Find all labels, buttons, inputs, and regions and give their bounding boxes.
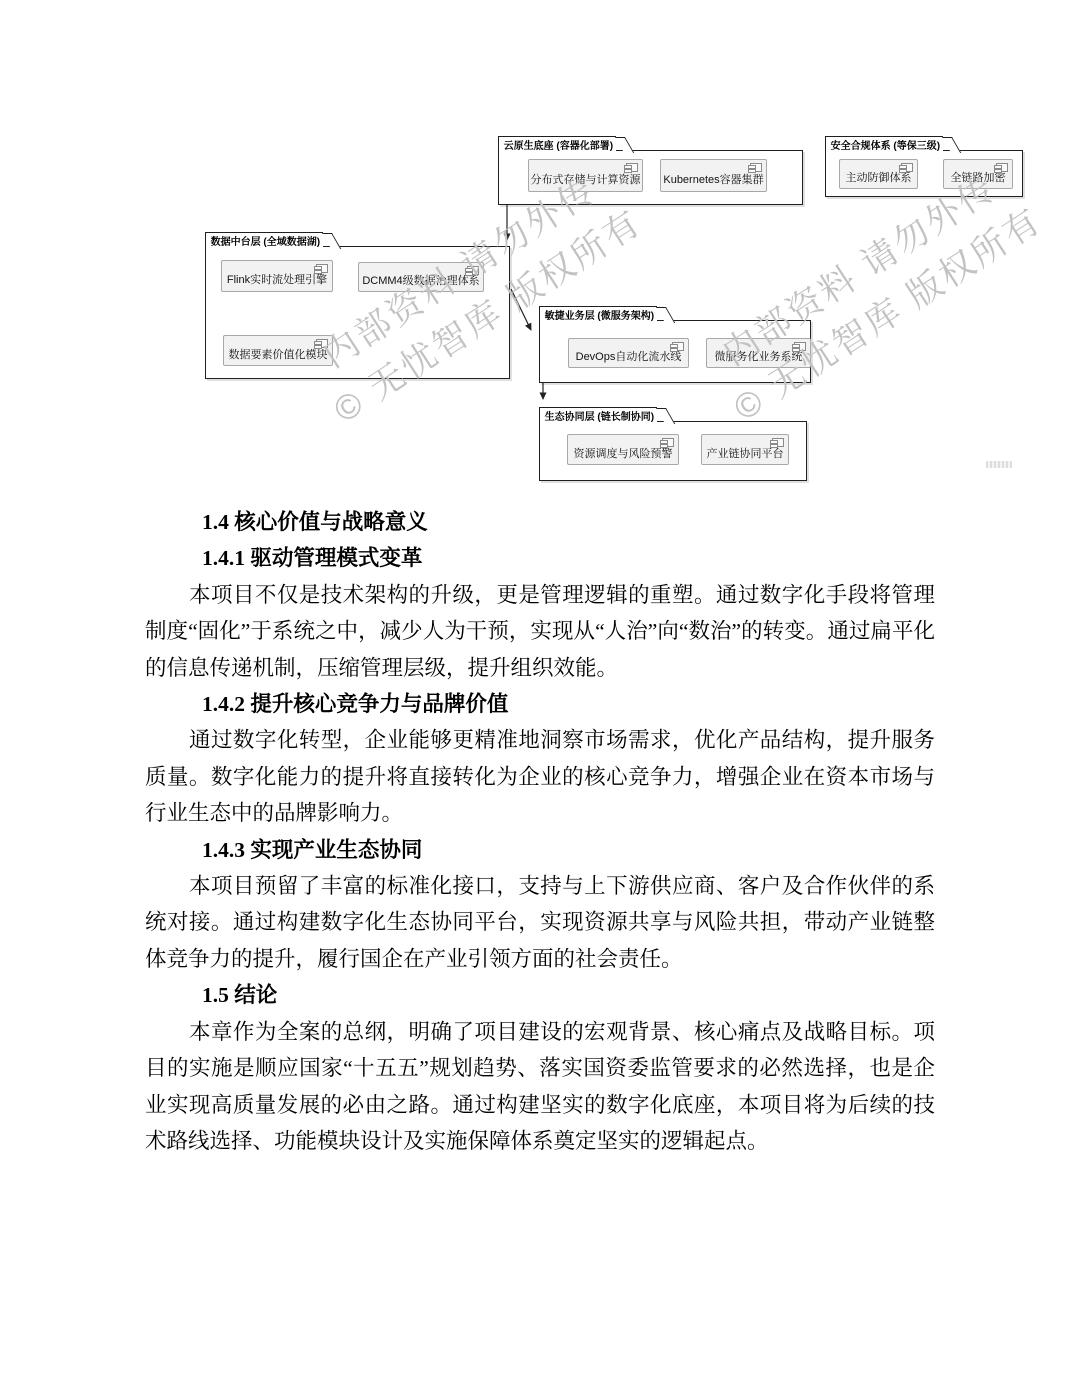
diagram-group-label: 生态协同层 (链长制协同): [539, 407, 657, 423]
connector-data-to-agile: [511, 289, 531, 330]
group-label-text: 数据中台层 (全域数据湖): [211, 233, 320, 248]
component-icon: [316, 339, 328, 348]
node-label: 微服务化业务系统: [715, 348, 803, 364]
document-page: 云原生底座 (容器化部署) 分布式存储与计算资源 Kubernetes容器集群 …: [0, 0, 1080, 1398]
diagram-group-label: 云原生底座 (容器化部署): [498, 136, 616, 152]
node-label: Kubernetes容器集群: [663, 171, 763, 187]
node-label: DCMM4级数据治理体系: [362, 272, 479, 288]
paragraph: 通过数字化转型，企业能够更精准地洞察市场需求，优化产品结构，提升服务质量。数字化…: [145, 722, 935, 831]
paragraph: 本项目不仅是技术架构的升级，更是管理逻辑的重塑。通过数字化手段将管理制度“固化”…: [145, 577, 935, 686]
diagram-node: DevOps自动化流水线: [568, 338, 689, 368]
diagram-node: 数据要素价值化模块: [223, 335, 333, 366]
diagram-node: 资源调度与风险预警: [567, 434, 679, 465]
section-heading-1-4-1: 1.4.1 驱动管理模式变革: [145, 540, 935, 576]
diagram-node: 分布式存储与计算资源: [528, 159, 643, 192]
diagram-node: 微服务化业务系统: [706, 338, 811, 368]
component-icon: [996, 163, 1008, 172]
component-icon: [467, 266, 479, 275]
diagram-group-security: 安全合规体系 (等保三级) 主动防御体系 全链路加密: [825, 150, 1023, 197]
component-icon: [662, 438, 674, 447]
diagram-group-agile-business: 敏捷业务层 (微服务架构) DevOps自动化流水线 微服务化业务系统: [539, 320, 811, 383]
diagram-node: 全链路加密: [943, 159, 1013, 189]
diagram-node: 产业链协同平台: [701, 434, 789, 465]
group-label-text: 安全合规体系 (等保三级): [831, 137, 940, 152]
node-label: Flink实时流处理引擎: [227, 271, 327, 287]
section-heading-1-5: 1.5 结论: [145, 977, 935, 1013]
architecture-diagram: 云原生底座 (容器化部署) 分布式存储与计算资源 Kubernetes容器集群 …: [0, 0, 1080, 500]
component-icon: [316, 264, 328, 273]
component-icon: [772, 438, 784, 447]
diagram-node: 主动防御体系: [839, 159, 918, 189]
section-heading-1-4-2: 1.4.2 提升核心竞争力与品牌价值: [145, 686, 935, 722]
document-body: 1.4 核心价值与战略意义 1.4.1 驱动管理模式变革 本项目不仅是技术架构的…: [145, 504, 935, 1159]
group-label-text: 敏捷业务层 (微服务架构): [545, 307, 654, 322]
diagram-node: Kubernetes容器集群: [660, 159, 767, 192]
section-heading-1-4: 1.4 核心价值与战略意义: [145, 504, 935, 540]
diagram-group-ecosystem: 生态协同层 (链长制协同) 资源调度与风险预警 产业链协同平台: [539, 421, 807, 481]
component-icon: [901, 163, 913, 172]
node-label: 资源调度与风险预警: [574, 445, 673, 461]
group-label-text: 生态协同层 (链长制协同): [545, 408, 654, 423]
group-label-text: 云原生底座 (容器化部署): [504, 137, 613, 152]
diagram-group-label: 数据中台层 (全域数据湖): [205, 232, 323, 248]
node-label: 数据要素价值化模块: [229, 346, 328, 362]
diagram-micro-watermark: [986, 461, 1012, 468]
diagram-node: Flink实时流处理引擎: [221, 260, 333, 292]
diagram-node: DCMM4级数据治理体系: [358, 262, 484, 292]
node-label: 分布式存储与计算资源: [531, 171, 641, 187]
component-icon: [672, 342, 684, 351]
paragraph: 本章作为全案的总纲，明确了项目建设的宏观背景、核心痛点及战略目标。项目的实施是顺…: [145, 1014, 935, 1160]
section-heading-1-4-3: 1.4.3 实现产业生态协同: [145, 832, 935, 868]
diagram-group-label: 敏捷业务层 (微服务架构): [539, 306, 657, 322]
node-label: DevOps自动化流水线: [576, 348, 682, 364]
component-icon: [750, 163, 762, 172]
diagram-group-data-platform: 数据中台层 (全域数据湖) Flink实时流处理引擎 DCMM4级数据治理体系 …: [205, 246, 510, 379]
component-icon: [794, 342, 806, 351]
diagram-group-label: 安全合规体系 (等保三级): [825, 136, 943, 152]
component-icon: [626, 163, 638, 172]
paragraph: 本项目预留了丰富的标准化接口，支持与上下游供应商、客户及合作伙伴的系统对接。通过…: [145, 868, 935, 977]
diagram-group-cloud-native: 云原生底座 (容器化部署) 分布式存储与计算资源 Kubernetes容器集群: [498, 150, 803, 205]
